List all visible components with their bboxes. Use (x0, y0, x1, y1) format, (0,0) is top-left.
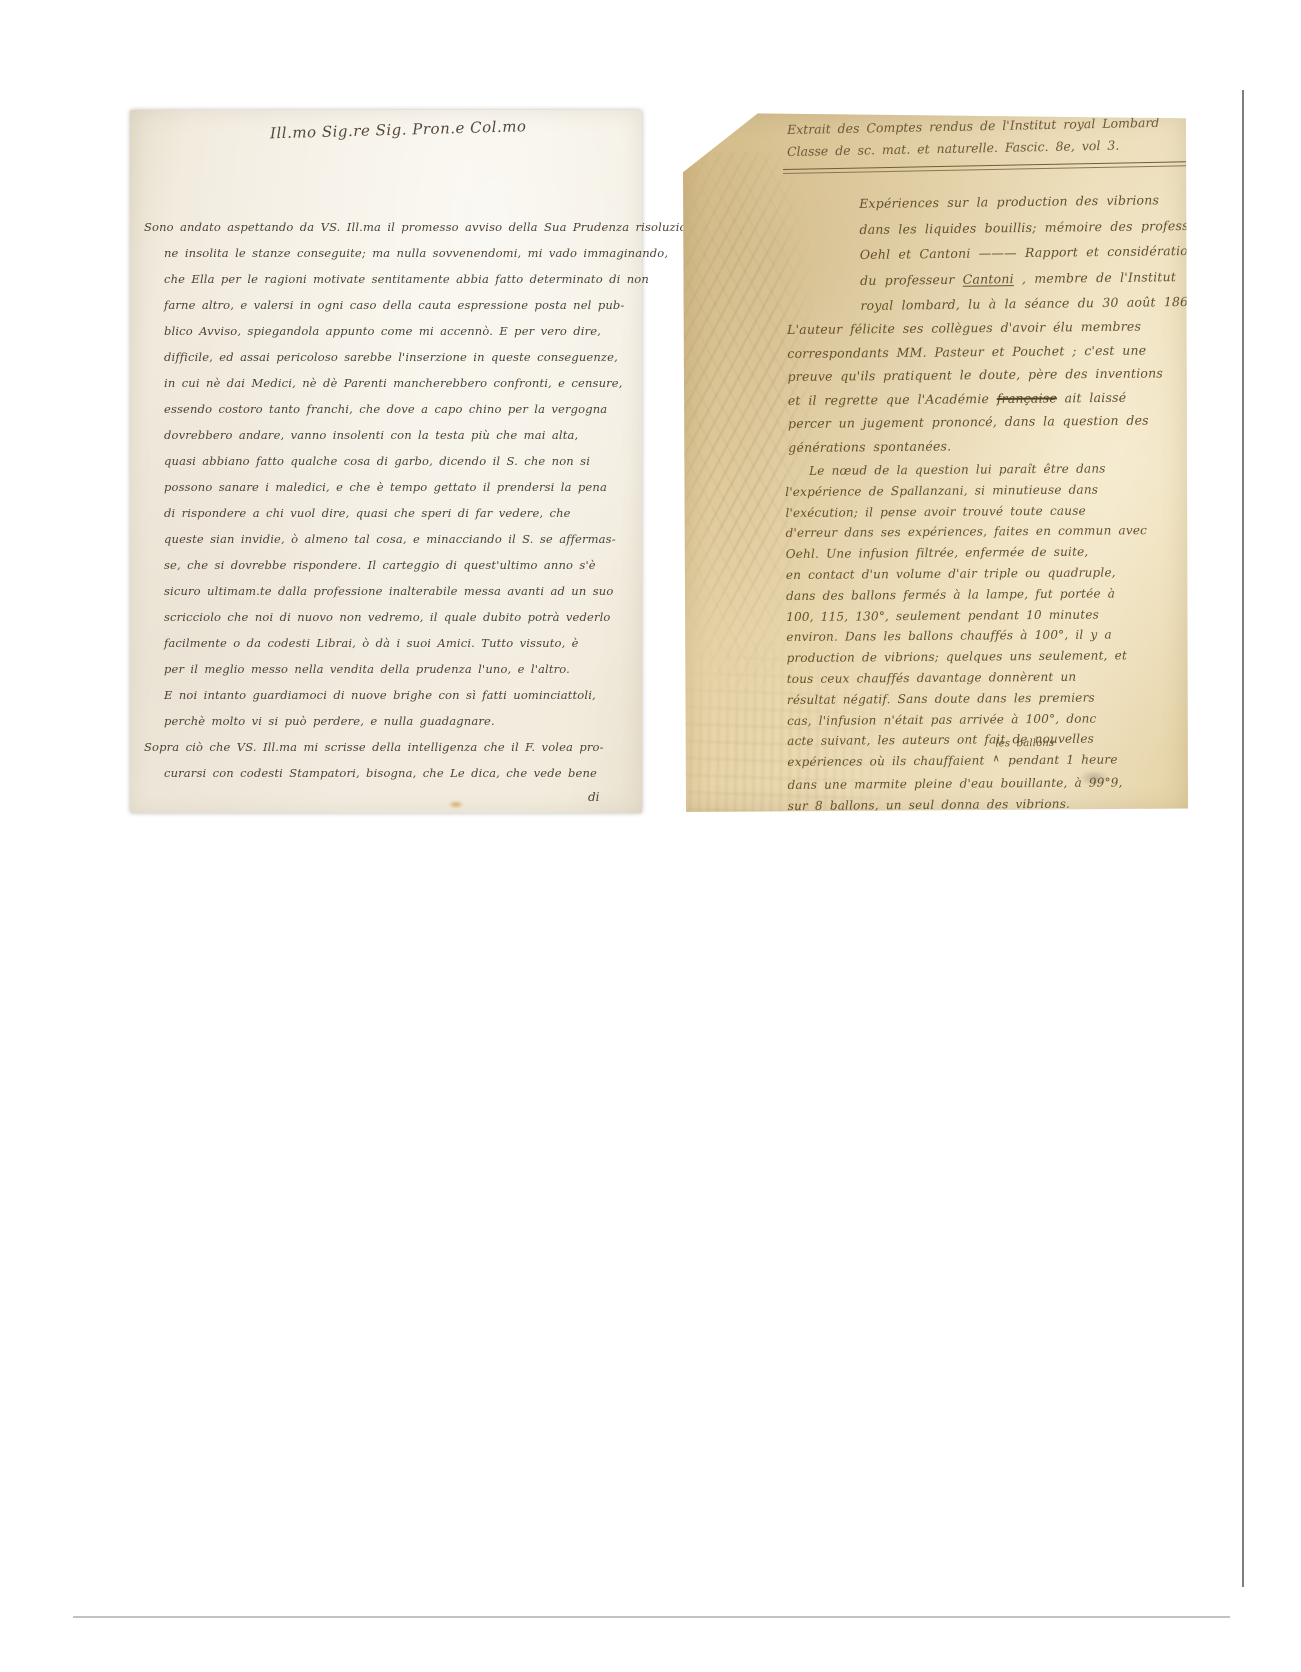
manuscript-line: L'auteur félicite ses collègues d'avoir … (787, 314, 1163, 341)
manuscript-line: générations spontanées. (788, 432, 1164, 459)
manuscript-line: cas, l'infusion n'était pas arrivée à 10… (787, 708, 1149, 732)
catchword: di (588, 790, 600, 804)
letter-body: Sono andato aspettando da VS. Ill.ma il … (138, 214, 638, 786)
manuscript-line: sur 8 ballons, un seul donna des vibrion… (788, 793, 1150, 817)
manuscript-line: di rispondere a chi vuol dire, quasi che… (164, 500, 638, 526)
report-paragraph-2: Le nœud de la question lui paraît être d… (785, 458, 1149, 816)
manuscript-line: Sono andato aspettando da VS. Ill.ma il … (144, 214, 638, 240)
manuscript-line: et il regrette que l'Académie française … (788, 385, 1164, 412)
manuscript-line: royal lombard, lu à la séance du 30 août… (860, 289, 1218, 319)
underlined-name: Cantoni (963, 271, 1014, 287)
ink-smudge (1079, 770, 1109, 786)
manuscript-line: 100, 115, 130°, seulement pendant 10 min… (786, 604, 1148, 628)
manuscript-line: Le nœud de la question lui paraît être d… (785, 458, 1147, 482)
manuscript-line: perchè molto vi si può perdere, e nulla … (164, 708, 638, 734)
paper-stain (448, 800, 464, 809)
memoir-title-block: Expériences sur la production des vibrio… (859, 187, 1218, 319)
manuscript-line: tous ceux chauffés davantage donnèrent u… (787, 666, 1149, 690)
manuscript-line: percer un jugement prononcé, dans la que… (788, 408, 1164, 435)
manuscript-line: sicuro ultimam.te dalla professione inal… (164, 578, 638, 604)
line-fragment: et il regrette que l'Académie (788, 390, 997, 407)
manuscript-line: dovrebbero andare, vanno insolenti con l… (164, 422, 638, 448)
manuscript-line: preuve qu'ils pratiquent le doute, père … (787, 361, 1163, 388)
manuscript-line: farne altro, e valersi in ogni caso dell… (164, 292, 638, 318)
scanned-manuscripts-canvas: Ill.mo Sig.re Sig. Pron.e Col.mo Sono an… (0, 0, 1301, 1672)
interlinear-insertion: ∧les ballons (991, 750, 1001, 773)
right-manuscript-page: Extrait des Comptes rendus de l'Institut… (683, 112, 1188, 812)
manuscript-line: environ. Dans les ballons chauffés à 100… (786, 625, 1148, 649)
header-underline (783, 161, 1187, 174)
line-fragment: , membre de l'Institut (1014, 269, 1176, 286)
manuscript-line: production de vibrions; quelques uns seu… (786, 645, 1148, 669)
manuscript-line: in cui nè dai Medici, nè dè Parenti manc… (164, 370, 638, 396)
vertical-divider-line (1242, 90, 1244, 1587)
struck-word: française (997, 390, 1057, 406)
manuscript-line: dans des ballons fermés à la lampe, fut … (786, 583, 1148, 607)
manuscript-line: essendo costoro tanto franchi, che dove … (164, 396, 638, 422)
line-fragment: pendant 1 heure (1001, 753, 1118, 768)
manuscript-line: che Ella per le ragioni motivate sentita… (164, 266, 638, 292)
manuscript-line: blico Avviso, spiegandola appunto come m… (164, 318, 638, 344)
manuscript-line: Sopra ciò che VS. Ill.ma mi scrisse dell… (144, 734, 638, 760)
manuscript-line: possono sanare i maledici, e che è tempo… (164, 474, 638, 500)
line-fragment: du professeur (860, 271, 963, 287)
manuscript-line: ne insolita le stanze conseguite; ma nul… (164, 240, 638, 266)
manuscript-line: l'exécution; il pense avoir trouvé toute… (785, 500, 1147, 524)
manuscript-line: scricciolo che noi di nuovo non vedremo,… (164, 604, 638, 630)
manuscript-line: per il meglio messo nella vendita della … (164, 656, 638, 682)
manuscript-line: facilmente o da codesti Librai, ò dà i s… (164, 630, 638, 656)
line-fragment: expériences où ils chauffaient (787, 754, 991, 770)
insertion-caret-icon: ∧ (992, 749, 1000, 770)
manuscript-line: quasi abbiano fatto qualche cosa di garb… (164, 448, 638, 474)
manuscript-line: résultat négatif. Sans doute dans les pr… (787, 687, 1149, 711)
left-manuscript-page: Ill.mo Sig.re Sig. Pron.e Col.mo Sono an… (130, 110, 642, 813)
horizontal-divider-line (73, 1616, 1230, 1618)
manuscript-line: E noi intanto guardiamoci di nuove brigh… (164, 682, 638, 708)
manuscript-line: en contact d'un volume d'air triple ou q… (786, 562, 1148, 586)
inserted-words: les ballons (995, 739, 1054, 749)
letter-salutation: Ill.mo Sig.re Sig. Pron.e Col.mo (270, 117, 510, 144)
manuscript-line: se, che si dovrebbe rispondere. Il carte… (164, 552, 638, 578)
manuscript-line: difficile, ed assai pericoloso sarebbe l… (164, 344, 638, 370)
manuscript-line: queste sian invidie, ò almeno tal cosa, … (164, 526, 638, 552)
report-paragraph-1: L'auteur félicite ses collègues d'avoir … (787, 314, 1164, 459)
manuscript-line: curarsi con codesti Stampatori, bisogna,… (164, 760, 638, 786)
manuscript-line: Oehl. Une infusion filtrée, enfermée de … (786, 541, 1148, 565)
manuscript-line: correspondants MM. Pasteur et Pouchet ; … (787, 338, 1163, 365)
manuscript-line: Oehl et Cantoni ——— Rapport et considéra… (860, 238, 1218, 268)
manuscript-line: d'erreur dans ses expériences, faites en… (785, 521, 1147, 545)
line-fragment: ait laissé (1057, 389, 1126, 405)
manuscript-line: acte suivant, les auteurs ont fait de no… (787, 729, 1149, 753)
manuscript-line: l'expérience de Spallanzani, si minutieu… (785, 479, 1147, 503)
